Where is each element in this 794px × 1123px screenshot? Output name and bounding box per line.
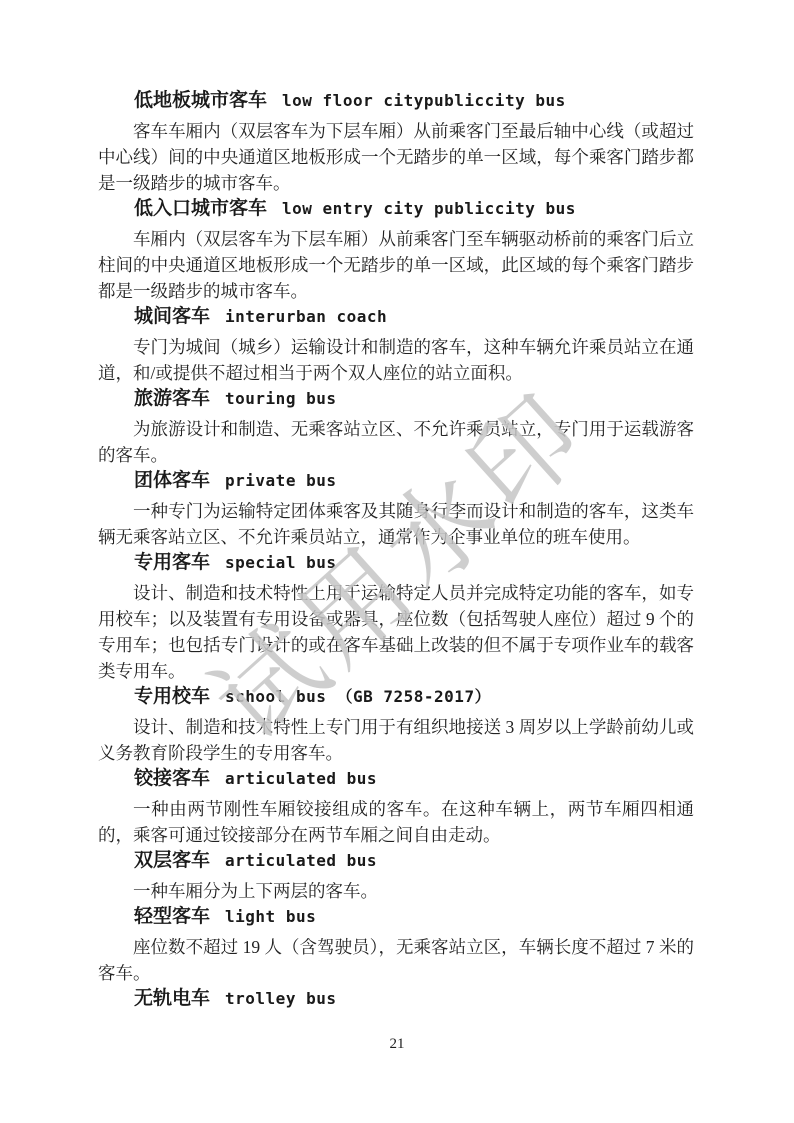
term-zh: 低入口城市客车 — [134, 198, 267, 219]
term-entry: 双层客车articulated bus 一种车厢分为上下两层的客车。 — [98, 848, 694, 904]
term-en: articulated bus — [225, 769, 377, 788]
term-en: special bus — [225, 553, 336, 572]
term-en: trolley bus — [225, 989, 336, 1008]
term-en: low entry city publiccity bus — [282, 199, 576, 218]
term-zh: 团体客车 — [134, 470, 210, 491]
term-definition: 一种由两节刚性车厢铰接组成的客车。在这种车辆上，两节车厢四相通的，乘客可通过铰接… — [98, 796, 694, 848]
term-entry: 轻型客车light bus 座位数不超过 19 人（含驾驶员），无乘客站立区，车… — [98, 904, 694, 986]
term-definition: 设计、制造和技术特性上专门用于有组织地接送 3 周岁以上学龄前幼儿或义务教育阶段… — [98, 714, 694, 766]
term-en: light bus — [225, 907, 316, 926]
term-zh: 旅游客车 — [134, 388, 210, 409]
term-heading: 专用校车school bus （GB 7258-2017） — [98, 684, 694, 710]
term-zh: 无轨电车 — [134, 988, 210, 1009]
term-en: low floor citypubliccity bus — [282, 91, 566, 110]
term-entry: 专用校车school bus （GB 7258-2017） 设计、制造和技术特性… — [98, 684, 694, 766]
term-entry: 无轨电车trolley bus — [98, 986, 694, 1012]
term-entry: 团体客车private bus 一种专门为运输特定团体乘客及其随身行李而设计和制… — [98, 468, 694, 550]
term-definition: 为旅游设计和制造、无乘客站立区、不允许乘员站立，专门用于运载游客的客车。 — [98, 416, 694, 468]
term-en: private bus — [225, 471, 336, 490]
term-heading: 团体客车private bus — [98, 468, 694, 494]
term-zh: 专用客车 — [134, 552, 210, 573]
term-en: touring bus — [225, 389, 336, 408]
term-entry: 低入口城市客车low entry city publiccity bus 车厢内… — [98, 196, 694, 304]
term-definition: 客车车厢内（双层客车为下层车厢）从前乘客门至最后轴中心线（或超过中心线）间的中央… — [98, 118, 694, 196]
term-zh: 专用校车 — [134, 686, 210, 707]
term-definition: 一种专门为运输特定团体乘客及其随身行李而设计和制造的客车，这类车辆无乘客站立区、… — [98, 498, 694, 550]
term-zh: 铰接客车 — [134, 768, 210, 789]
page-number: 21 — [0, 1036, 794, 1053]
term-entry: 城间客车interurban coach 专门为城间（城乡）运输设计和制造的客车… — [98, 304, 694, 386]
term-zh: 城间客车 — [134, 306, 210, 327]
term-heading: 轻型客车light bus — [98, 904, 694, 930]
term-heading: 专用客车special bus — [98, 550, 694, 576]
term-en: articulated bus — [225, 851, 377, 870]
term-definition: 专门为城间（城乡）运输设计和制造的客车，这种车辆允许乘员站立在通道，和/或提供不… — [98, 334, 694, 386]
term-heading: 双层客车articulated bus — [98, 848, 694, 874]
document-page: 低地板城市客车low floor citypubliccity bus 客车车厢… — [0, 0, 794, 1123]
term-entry: 专用客车special bus 设计、制造和技术特性上用于运输特定人员并完成特定… — [98, 550, 694, 684]
term-heading: 旅游客车touring bus — [98, 386, 694, 412]
term-heading: 无轨电车trolley bus — [98, 986, 694, 1012]
term-entry: 低地板城市客车low floor citypubliccity bus 客车车厢… — [98, 88, 694, 196]
term-zh: 轻型客车 — [134, 906, 210, 927]
term-definition: 一种车厢分为上下两层的客车。 — [98, 878, 694, 904]
term-definition: 车厢内（双层客车为下层车厢）从前乘客门至车辆驱动桥前的乘客门后立柱间的中央通道区… — [98, 226, 694, 304]
term-heading: 低地板城市客车low floor citypubliccity bus — [98, 88, 694, 114]
term-entry: 旅游客车touring bus 为旅游设计和制造、无乘客站立区、不允许乘员站立，… — [98, 386, 694, 468]
term-heading: 铰接客车articulated bus — [98, 766, 694, 792]
term-definition: 座位数不超过 19 人（含驾驶员），无乘客站立区，车辆长度不超过 7 米的客车。 — [98, 934, 694, 986]
term-zh: 双层客车 — [134, 850, 210, 871]
term-entry: 铰接客车articulated bus 一种由两节刚性车厢铰接组成的客车。在这种… — [98, 766, 694, 848]
term-zh: 低地板城市客车 — [134, 90, 267, 111]
term-definition: 设计、制造和技术特性上用于运输特定人员并完成特定功能的客车，如专用校车；以及装置… — [98, 580, 694, 684]
term-heading: 低入口城市客车low entry city publiccity bus — [98, 196, 694, 222]
term-heading: 城间客车interurban coach — [98, 304, 694, 330]
document-body: 低地板城市客车low floor citypubliccity bus 客车车厢… — [0, 0, 794, 1012]
term-en: interurban coach — [225, 307, 387, 326]
term-en: school bus （GB 7258-2017） — [225, 687, 491, 706]
